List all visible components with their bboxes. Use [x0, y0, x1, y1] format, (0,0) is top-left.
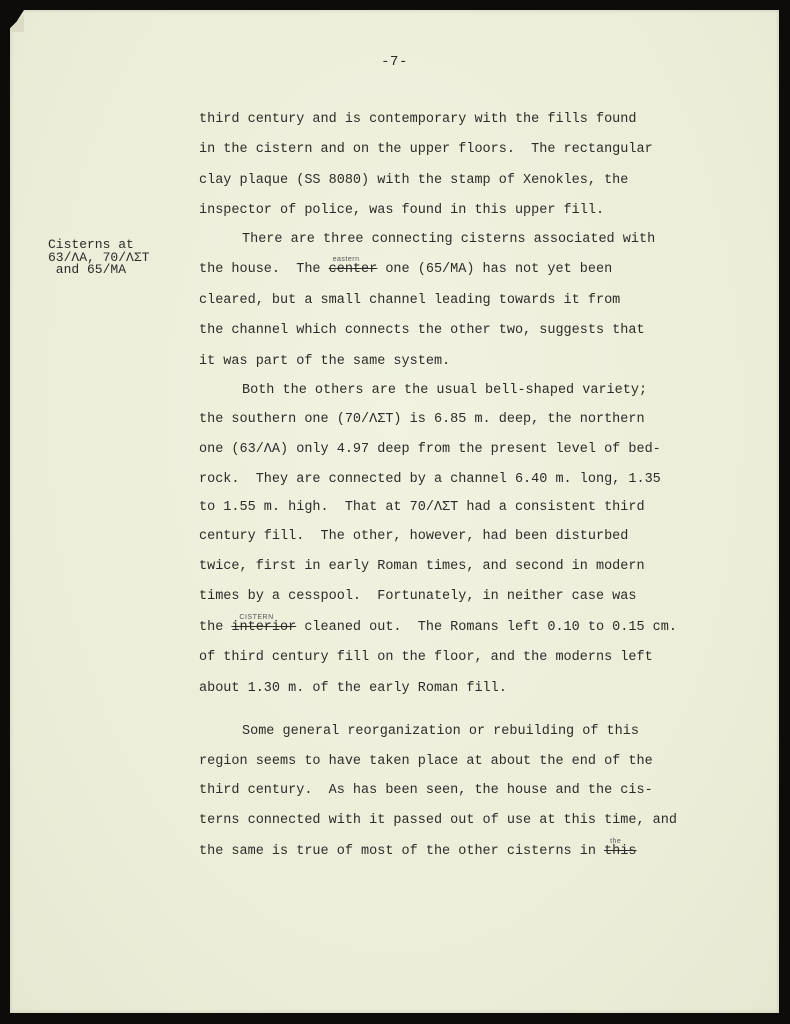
text-line: it was part of the same system. [199, 352, 450, 372]
text-segment: the house. The [199, 262, 329, 277]
handwritten-insertion: eastern [333, 250, 360, 270]
text-line: the southern one (70/ΛΣΤ) is 6.85 m. dee… [199, 410, 645, 430]
text-line: the house. The easterncenter one (65/MA)… [199, 260, 612, 280]
handwritten-insertion: the [610, 832, 621, 852]
text-line: clay plaque (SS 8080) with the stamp of … [199, 171, 628, 191]
text-segment: cleaned out. The Romans left 0.10 to 0.1… [296, 620, 677, 635]
text-line: cleared, but a small channel leading tow… [199, 291, 620, 311]
text-line: Some general reorganization or rebuildin… [199, 722, 639, 742]
margin-note: Cisterns at 63/ΛΑ, 70/ΛΣΤ and 65/ΜΑ [48, 239, 149, 277]
text-segment: the same is true of most of the other ci… [199, 844, 604, 859]
text-segment: one (65/MA) has not yet been [377, 262, 612, 277]
text-line: Both the others are the usual bell-shape… [199, 381, 647, 401]
document-page: -7- Cisterns at 63/ΛΑ, 70/ΛΣΤ and 65/ΜΑ … [10, 10, 779, 1013]
text-line: to 1.55 m. high. That at 70/ΛΣΤ had a co… [199, 498, 645, 518]
text-line: of third century fill on the floor, and … [199, 648, 653, 668]
text-line: times by a cesspool. Fortunately, in nei… [199, 587, 636, 607]
text-segment: the [199, 620, 231, 635]
text-line: third century. As has been seen, the hou… [199, 781, 653, 801]
text-line: century fill. The other, however, had be… [199, 527, 628, 547]
page-number: -7- [10, 54, 779, 70]
text-line: in the cistern and on the upper floors. … [199, 140, 653, 160]
text-line: rock. They are connected by a channel 6.… [199, 470, 661, 490]
handwritten-insertion: CISTERN [239, 608, 273, 628]
text-line: twice, first in early Roman times, and s… [199, 557, 645, 577]
text-line: the same is true of most of the other ci… [199, 842, 636, 862]
text-line: one (63/ΛΑ) only 4.97 deep from the pres… [199, 440, 661, 460]
text-line: third century and is contemporary with t… [199, 110, 636, 130]
folded-corner-flap [10, 10, 24, 32]
text-line: the CISTERNinterior cleaned out. The Rom… [199, 618, 677, 638]
margin-note-line: and 65/ΜΑ [48, 262, 126, 277]
text-line: terns connected with it passed out of us… [199, 811, 677, 831]
text-line: about 1.30 m. of the early Roman fill. [199, 679, 507, 699]
text-line: There are three connecting cisterns asso… [199, 230, 655, 250]
edited-word: thethis [604, 842, 636, 862]
text-line: region seems to have taken place at abou… [199, 752, 653, 772]
text-line: the channel which connects the other two… [199, 321, 645, 341]
text-line: inspector of police, was found in this u… [199, 201, 604, 221]
edited-word: CISTERNinterior [231, 618, 296, 638]
edited-word: easterncenter [329, 260, 378, 280]
